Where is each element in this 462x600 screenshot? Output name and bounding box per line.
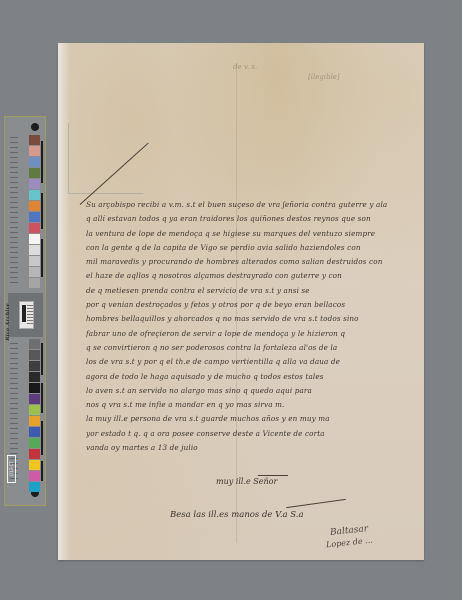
color-patch [29, 201, 40, 211]
letter-line: nos q vra s.t me infie a mandar en q yo … [86, 398, 420, 412]
mounting-hole-top [31, 123, 39, 131]
manuscript-page: de v. s. [ilegible] Su arçobispo recibi … [58, 43, 424, 560]
color-patch [29, 146, 40, 156]
letter-line: con la gente q de la capita de Vigo se p… [86, 241, 420, 255]
letter-line: la ventura de lope de mendoça q se higie… [86, 227, 420, 241]
faint-header-note: de v. s. [233, 63, 257, 71]
color-patch [29, 449, 40, 459]
pen-stroke [80, 143, 149, 205]
closing-formula: Besa las ill.es manos de V.a S.a [170, 510, 304, 520]
scale-rail [41, 383, 43, 413]
letter-line: de q metiesen prenda contra el servicio … [86, 284, 420, 298]
letter-body: Su arçobispo recibi a v.m. s.t el buen s… [86, 198, 420, 455]
letter-line: mil maravedis y procurando de hombres al… [86, 255, 420, 269]
letter-line: q allí estavan todos q ya eran traidores… [86, 212, 420, 226]
color-patch [29, 427, 40, 437]
color-patch [29, 394, 40, 404]
letter-line: hombres bellaquillos y ahorcados q no ma… [86, 312, 420, 326]
color-patch [29, 256, 40, 266]
letter-line: por q venian destroçados y fetos y otros… [86, 298, 420, 312]
color-patch [29, 278, 40, 288]
color-patch [29, 190, 40, 200]
scale-rail [41, 461, 43, 481]
letter-line: el haze de aqllos q nosotros alçamos des… [86, 269, 420, 283]
color-patch [29, 157, 40, 167]
color-patch [29, 372, 40, 382]
letter-line: Su arçobispo recibi a v.m. s.t el buen s… [86, 198, 420, 212]
letter-line: agora de todo le haga aquisado y de much… [86, 370, 420, 384]
letter-line: los de vra s.t y por q el th.e de campo … [86, 355, 420, 369]
target-badge: Q13-CT [7, 455, 16, 483]
letter-line: lo aven s.t an servido no alargo mas sin… [86, 384, 420, 398]
color-patch [29, 212, 40, 222]
color-calibration-target: Rice Archive Q13-CT [4, 116, 46, 506]
color-patch [29, 416, 40, 426]
letter-line: yor estado t q. q a ora posee conserve d… [86, 427, 420, 441]
scale-rail [41, 239, 43, 277]
color-patch [29, 438, 40, 448]
flourish [286, 499, 346, 508]
color-patch [29, 460, 40, 470]
letter-line: fabrar uno de ofreçieron de servir a lop… [86, 327, 420, 341]
color-patch [29, 267, 40, 277]
margin-ruling-horizontal [68, 193, 143, 194]
flourish [258, 475, 288, 476]
color-patch [29, 168, 40, 178]
closing-salutation: muy ill.e Señor [216, 477, 277, 486]
scale-rail [41, 141, 43, 183]
faint-header-note: [ilegible] [308, 73, 340, 81]
color-patch [29, 350, 40, 360]
letter-line: la muy ill.e persona de vra s.t guarde m… [86, 412, 420, 426]
color-patch [29, 245, 40, 255]
scale-rail [41, 193, 43, 229]
color-patch [29, 471, 40, 481]
target-label: Rice Archive [5, 303, 11, 341]
color-patch [29, 405, 40, 415]
scale-rail [41, 343, 43, 375]
color-patch [29, 223, 40, 233]
letter-line: vanda oy martes a 13 de julio [86, 441, 420, 455]
scale-ticks-upper [10, 137, 18, 287]
color-patch [29, 482, 40, 492]
color-patch [29, 361, 40, 371]
color-patch [29, 339, 40, 349]
color-patch [29, 234, 40, 244]
color-patch [29, 179, 40, 189]
color-patch [29, 383, 40, 393]
scale-rail [41, 421, 43, 455]
margin-ruling [68, 123, 69, 193]
letter-line: q se convirtieron q no ser poderosos con… [86, 341, 420, 355]
color-patch [29, 135, 40, 145]
resolution-card [19, 301, 34, 329]
